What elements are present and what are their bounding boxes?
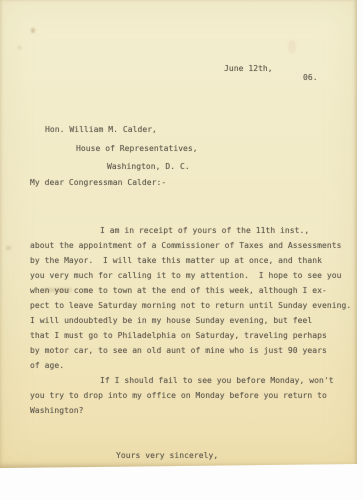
- date-text: June 12th,: [224, 64, 273, 73]
- paper-stain: [31, 28, 35, 33]
- recipient-line: Washington, D. C.: [45, 158, 198, 177]
- body-line: you very much for calling it to my atten…: [30, 268, 351, 283]
- scan-background: June 12th, 06. Hon. William M. Calder,Ho…: [0, 0, 363, 500]
- body-line: pect to leave Saturday morning not to re…: [30, 298, 351, 313]
- closing: Yours very sincerely,: [30, 448, 351, 463]
- paper-stain: [18, 46, 21, 49]
- body-line: that I must go to Philadelphia on Saturd…: [30, 328, 351, 343]
- body-line: about the appointment of a Commissioner …: [30, 238, 351, 253]
- body-line: I will undoubtedly be in my house Sunday…: [30, 313, 351, 328]
- letter-body: I am in receipt of yours of the 11th ins…: [30, 193, 351, 493]
- paper-stain: [288, 40, 296, 54]
- letter-page: June 12th, 06. Hon. William M. Calder,Ho…: [0, 0, 357, 468]
- body-line: by the Mayor. I will take this matter up…: [30, 253, 351, 268]
- body-line: of age.: [30, 358, 351, 373]
- date-number: 06.: [303, 73, 318, 82]
- recipient-line: House of Representatives,: [45, 140, 198, 159]
- recipient-line: Hon. William M. Calder,: [45, 121, 198, 140]
- paper-stain: [6, 246, 11, 250]
- paragraph: If I should fail to see you before Monda…: [30, 373, 351, 418]
- body-line: I am in receipt of yours of the 11th ins…: [30, 223, 351, 238]
- body-line: If I should fail to see you before Monda…: [30, 373, 351, 388]
- body-line: when you come to town at the end of this…: [30, 283, 351, 298]
- body-line: Washington?: [30, 403, 351, 418]
- salutation: My dear Congressman Calder:-: [30, 178, 166, 187]
- recipient-address: Hon. William M. Calder,House of Represen…: [45, 121, 198, 177]
- body-paragraphs: I am in receipt of yours of the 11th ins…: [30, 223, 351, 418]
- date-line: June 12th, 06.: [0, 55, 357, 67]
- paragraph: I am in receipt of yours of the 11th ins…: [30, 223, 351, 373]
- body-line: by motor car, to see an old aunt of mine…: [30, 343, 351, 358]
- body-line: you try to drop into my office on Monday…: [30, 388, 351, 403]
